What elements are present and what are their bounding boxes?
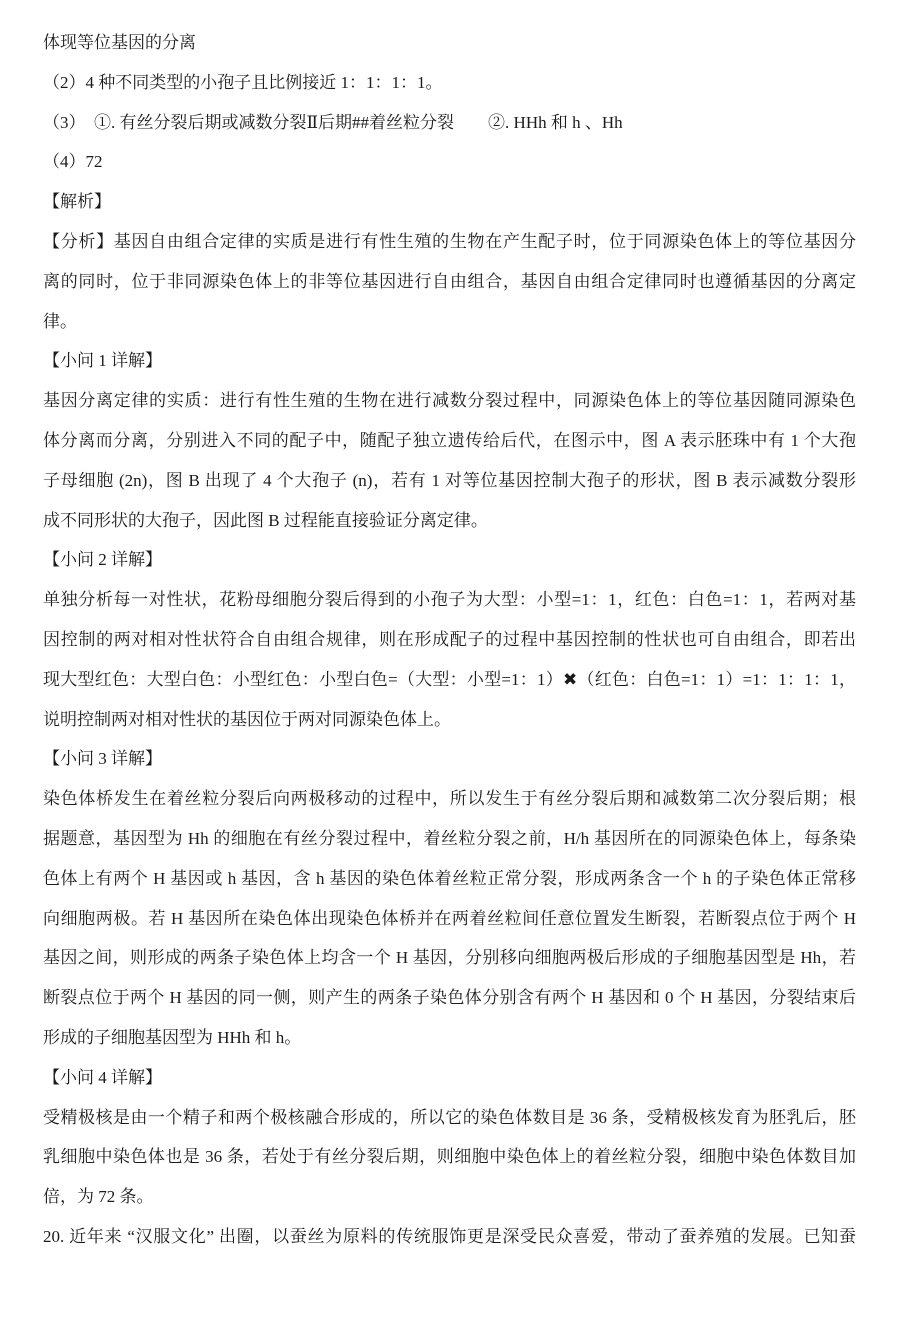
doc-heading-xiaowen2: 【小问 2 详解】 [43, 540, 856, 580]
doc-heading-jiexi: 【解析】 [43, 182, 856, 222]
doc-line: 离的同时，位于非同源染色体上的非等位基因进行自由组合，基因自由组合定律同时也遵循… [43, 262, 856, 302]
doc-line: 染色体桥发生在着丝粒分裂后向两极移动的过程中，所以发生于有丝分裂后期和减数第二次… [43, 779, 856, 819]
doc-heading-xiaowen1: 【小问 1 详解】 [43, 341, 856, 381]
doc-line-question20: 20. 近年来 “汉服文化” 出圈，以蚕丝为原料的传统服饰更是深受民众喜爱，带动… [43, 1217, 856, 1257]
doc-line: 单独分析每一对性状，花粉母细胞分裂后得到的小孢子为大型：小型=1：1，红色：白色… [43, 580, 856, 620]
doc-line: 断裂点位于两个 H 基因的同一侧，则产生的两条子染色体分别含有两个 H 基因和 … [43, 978, 856, 1018]
doc-line: 说明控制两对相对性状的基因位于两对同源染色体上。 [43, 700, 856, 740]
doc-line-answer3: （3） ①. 有丝分裂后期或减数分裂Ⅱ后期##着丝粒分裂 ②. HHh 和 h … [43, 103, 856, 143]
doc-line: 律。 [43, 302, 856, 342]
doc-line: 倍，为 72 条。 [43, 1177, 856, 1217]
doc-line: 基因分离定律的实质：进行有性生殖的生物在进行减数分裂过程中，同源染色体上的等位基… [43, 381, 856, 421]
doc-heading-xiaowen3: 【小问 3 详解】 [43, 739, 856, 779]
doc-line-answer1-continuation: 体现等位基因的分离 [43, 23, 856, 63]
doc-line: 形成的子细胞基因型为 HHh 和 h。 [43, 1018, 856, 1058]
doc-line: 现大型红色：大型白色：小型红色：小型白色=（大型：小型=1：1）✖（红色：白色=… [43, 660, 856, 700]
doc-line: 色体上有两个 H 基因或 h 基因，含 h 基因的染色体着丝粒正常分裂，形成两条… [43, 859, 856, 899]
doc-line: 子母细胞 (2n)，图 B 出现了 4 个大孢子 (n)，若有 1 对等位基因控… [43, 461, 856, 501]
doc-line: 体分离而分离，分别进入不同的配子中，随配子独立遗传给后代，在图示中，图 A 表示… [43, 421, 856, 461]
doc-line: 【分析】基因自由组合定律的实质是进行有性生殖的生物在产生配子时，位于同源染色体上… [43, 222, 856, 262]
doc-line-answer2: （2）4 种不同类型的小孢子且比例接近 1：1：1：1。 [43, 63, 856, 103]
document-page: 体现等位基因的分离 （2）4 种不同类型的小孢子且比例接近 1：1：1：1。 （… [0, 0, 900, 1326]
doc-line: 基因之间，则形成的两条子染色体上均含一个 H 基因，分别移向细胞两极后形成的子细… [43, 938, 856, 978]
doc-line-answer4: （4）72 [43, 142, 856, 182]
doc-line: 成不同形状的大孢子，因此图 B 过程能直接验证分离定律。 [43, 501, 856, 541]
doc-line: 据题意，基因型为 Hh 的细胞在有丝分裂过程中，着丝粒分裂之前，H/h 基因所在… [43, 819, 856, 859]
doc-line: 向细胞两极。若 H 基因所在染色体出现染色体桥并在两着丝粒间任意位置发生断裂，若… [43, 899, 856, 939]
doc-line: 因控制的两对相对性状符合自由组合规律，则在形成配子的过程中基因控制的性状也可自由… [43, 620, 856, 660]
doc-heading-xiaowen4: 【小问 4 详解】 [43, 1058, 856, 1098]
doc-line: 乳细胞中染色体也是 36 条，若处于有丝分裂后期，则细胞中染色体上的着丝粒分裂，… [43, 1137, 856, 1177]
doc-line: 受精极核是由一个精子和两个极核融合形成的，所以它的染色体数目是 36 条，受精极… [43, 1098, 856, 1138]
